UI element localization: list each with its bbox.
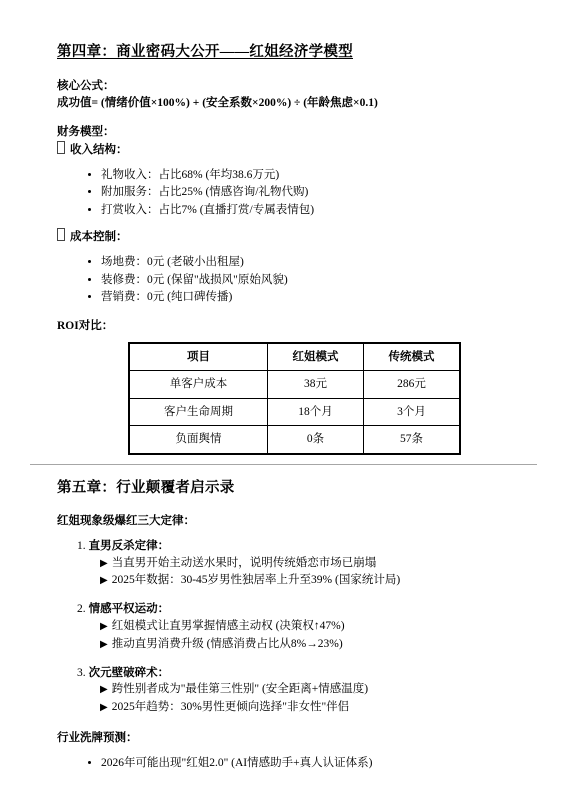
chapter-4-heading: 第四章：商业密码大公开——红姐经济学模型 (57, 42, 510, 62)
law-item: 2.情感平权运动： ▶红姐模式让直男掌握情感主动权 (决策权↑47%) ▶推动直… (77, 601, 510, 653)
law-point: ▶跨性别者成为"最佳第三性别" (安全距离+情感温度) (77, 681, 510, 699)
law-number: 2. (77, 603, 86, 615)
law-item: 1.直男反杀定律： ▶当直男开始主动送水果时，说明传统婚恋市场已崩塌 ▶2025… (77, 538, 510, 590)
law-point: ▶推动直男消费升级 (情感消费占比从8%→23%) (77, 636, 510, 654)
laws-heading: 红姐现象级爆红三大定律： (57, 513, 510, 530)
cost-control-block: 成本控制： (57, 228, 510, 246)
play-marker-icon: ▶ (100, 702, 108, 713)
table-cell: 客户生命周期 (129, 398, 268, 426)
laws-list: 1.直男反杀定律： ▶当直男开始主动送水果时，说明传统婚恋市场已崩塌 ▶2025… (77, 538, 510, 717)
table-header-cell: 红姐模式 (268, 343, 364, 371)
financial-model-label: 财务模型： (57, 124, 510, 141)
chapter-5-heading: 第五章：行业颠覆者启示录 (57, 478, 510, 498)
play-marker-icon: ▶ (100, 684, 108, 695)
law-number: 3. (77, 667, 86, 679)
table-header-row: 项目 红姐模式 传统模式 (129, 343, 460, 371)
table-header-cell: 传统模式 (364, 343, 461, 371)
prediction-bullet-list: 2026年可能出现"红姐2.0" (AI情感助手+真人认证体系) (57, 755, 510, 772)
law-title-line: 2.情感平权运动： (77, 601, 510, 618)
table-row: 客户生命周期 18个月 3个月 (129, 398, 460, 426)
play-marker-icon: ▶ (100, 575, 108, 586)
roi-label: ROI对比： (57, 318, 510, 335)
play-marker-icon: ▶ (100, 558, 108, 569)
cost-control-label: 成本控制： (57, 228, 510, 246)
document-page: 第四章：商业密码大公开——红姐经济学模型 核心公式： 成功值= (情绪价值×10… (0, 0, 566, 772)
table-cell: 57条 (364, 426, 461, 454)
law-item: 3.次元壁破碎术： ▶跨性别者成为"最佳第三性别" (安全距离+情感温度) ▶2… (77, 665, 510, 717)
law-point: ▶当直男开始主动送水果时，说明传统婚恋市场已崩塌 (77, 555, 510, 573)
table-cell: 单客户成本 (129, 371, 268, 399)
law-title: 情感平权运动： (89, 603, 170, 615)
law-title: 直男反杀定律： (89, 540, 170, 552)
cost-bullet-list: 场地费：0元 (老破小出租屋) 装修费：0元 (保留"战损风"原始风貌) 营销费… (57, 254, 510, 305)
play-marker-icon: ▶ (100, 639, 108, 650)
table-cell: 38元 (268, 371, 364, 399)
law-title-line: 1.直男反杀定律： (77, 538, 510, 555)
core-formula-text: 成功值= (情绪价值×100%) + (安全系数×200%) ÷ (年龄焦虑×0… (57, 95, 510, 112)
table-cell: 3个月 (364, 398, 461, 426)
table-cell: 0条 (268, 426, 364, 454)
law-title-line: 3.次元壁破碎术： (77, 665, 510, 682)
law-number: 1. (77, 540, 86, 552)
list-item: 打赏收入：占比7% (直播打赏/专属表情包) (101, 202, 510, 219)
play-marker-icon: ▶ (100, 621, 108, 632)
list-item: 礼物收入：占比68% (年均38.6万元) (101, 167, 510, 184)
list-item: 附加服务：占比25% (情感咨询/礼物代购) (101, 184, 510, 201)
missing-emoji-icon (57, 141, 65, 154)
table-cell: 286元 (364, 371, 461, 399)
core-formula-block: 核心公式： 成功值= (情绪价值×100%) + (安全系数×200%) ÷ (… (57, 78, 510, 112)
list-item: 装修费：0元 (保留"战损风"原始风貌) (101, 272, 510, 289)
list-item: 营销费：0元 (纯口碑传播) (101, 289, 510, 306)
table-row: 单客户成本 38元 286元 (129, 371, 460, 399)
law-point: ▶2025年趋势：30%男性更倾向选择"非女性"伴侣 (77, 699, 510, 717)
financial-model-block: 财务模型： 收入结构： (57, 124, 510, 159)
missing-emoji-icon (57, 228, 65, 241)
income-structure-label: 收入结构： (57, 141, 510, 159)
law-point: ▶红姐模式让直男掌握情感主动权 (决策权↑47%) (77, 618, 510, 636)
law-title: 次元壁破碎术： (89, 667, 170, 679)
prediction-heading: 行业洗牌预测： (57, 730, 510, 747)
table-cell: 负面舆情 (129, 426, 268, 454)
section-divider (30, 464, 537, 465)
table-header-cell: 项目 (129, 343, 268, 371)
table-cell: 18个月 (268, 398, 364, 426)
core-formula-label: 核心公式： (57, 78, 510, 95)
law-point: ▶2025年数据：30-45岁男性独居率上升至39% (国家统计局) (77, 572, 510, 590)
roi-table: 项目 红姐模式 传统模式 单客户成本 38元 286元 客户生命周期 18个月 … (128, 342, 461, 455)
list-item: 2026年可能出现"红姐2.0" (AI情感助手+真人认证体系) (101, 755, 510, 772)
list-item: 场地费：0元 (老破小出租屋) (101, 254, 510, 271)
table-row: 负面舆情 0条 57条 (129, 426, 460, 454)
income-bullet-list: 礼物收入：占比68% (年均38.6万元) 附加服务：占比25% (情感咨询/礼… (57, 167, 510, 218)
